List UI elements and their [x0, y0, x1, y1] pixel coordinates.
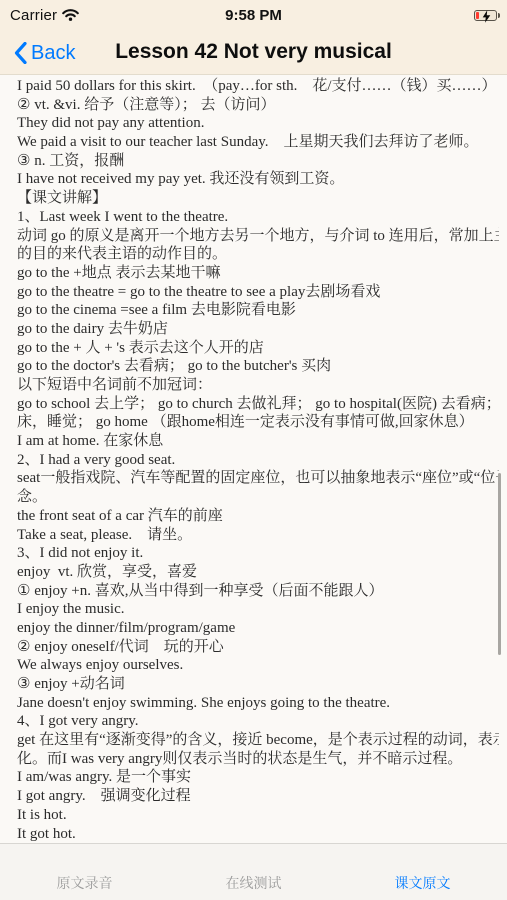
- lesson-text-line: ③ enjoy +动名词: [17, 675, 499, 694]
- lesson-text-line: We paid a visit to our teacher last Sund…: [17, 133, 499, 152]
- back-button-label: Back: [31, 42, 75, 65]
- lesson-text-line: 【课文讲解】: [17, 189, 499, 208]
- lesson-text-line: get 在这里有“逐渐变得”的含义，接近 become，是个表示过程的动词，表示…: [17, 731, 499, 750]
- lesson-text-line: go to the +地点 表示去某地干嘛: [17, 264, 499, 283]
- carrier-label: Carrier: [10, 7, 57, 24]
- lesson-text-line: I am at home. 在家休息: [17, 432, 499, 451]
- lesson-text-line: ② enjoy oneself/代词 玩的开心: [17, 638, 499, 657]
- lesson-text-line: 的目的来代表主语的动作目的。: [17, 245, 499, 264]
- back-chevron-icon: [14, 42, 27, 64]
- app-window: Carrier 9:58 PM: [0, 0, 507, 900]
- lesson-text-area[interactable]: I paid 50 dollars for this skirt. （pay…f…: [0, 76, 507, 843]
- charging-bolt-icon: [482, 10, 491, 28]
- scrollbar-thumb[interactable]: [498, 473, 501, 655]
- status-time: 9:58 PM: [225, 7, 282, 24]
- lesson-text-line: 念。: [17, 488, 499, 507]
- lesson-text-line: I got angry. 强调变化过程: [17, 787, 499, 806]
- lesson-text-line: 动词 go 的原义是离开一个地方去另一个地方，与介词 to 连用后，常加上主语所…: [17, 227, 499, 246]
- lesson-text-line: It is hot.: [17, 806, 499, 825]
- tab-original-audio[interactable]: 原文录音: [0, 844, 169, 900]
- lesson-text-line: 3、I did not enjoy it.: [17, 544, 499, 563]
- lesson-text-line: 2、I had a very good seat.: [17, 451, 499, 470]
- lesson-text-line: ① enjoy +n. 喜欢,从当中得到一种享受（后面不能跟人）: [17, 582, 499, 601]
- lesson-text-line: They did not pay any attention.: [17, 114, 499, 133]
- lesson-text-line: I am/was angry. 是一个事实: [17, 768, 499, 787]
- lesson-text-line: I paid 50 dollars for this skirt. （pay…f…: [17, 77, 499, 96]
- lesson-text-line: I enjoy the music.: [17, 600, 499, 619]
- lesson-text-line: ② vt. &vi. 给予（注意等）； 去（访问）: [17, 96, 499, 115]
- lesson-text-line: 化。而I was very angry则仅表示当时的状态是生气，并不暗示过程。: [17, 750, 499, 769]
- tab-lesson-text[interactable]: 课文原文: [338, 844, 507, 900]
- nav-bar: Back Lesson 42 Not very musical: [0, 30, 507, 75]
- lesson-text-line: go to the cinema =see a film 去电影院看电影: [17, 301, 499, 320]
- battery-icon: [474, 10, 497, 21]
- lesson-text-line: 以下短语中名词前不加冠词：: [17, 376, 499, 395]
- lesson-text-line: go to the doctor's 去看病； go to the butche…: [17, 357, 499, 376]
- back-button[interactable]: Back: [14, 38, 75, 68]
- lesson-text-line: seat一般指戏院、汽车等配置的固定座位，也可以抽象地表示“座位”或“位子”等概: [17, 469, 499, 488]
- lesson-text-line: 1、Last week I went to the theatre.: [17, 208, 499, 227]
- lesson-text-line: go to the theatre = go to the theatre to…: [17, 283, 499, 302]
- lesson-text-line: enjoy vt. 欣赏，享受，喜爱: [17, 563, 499, 582]
- tab-label: 在线测试: [226, 873, 282, 893]
- bottom-tab-bar: 原文录音 在线测试 课文原文: [0, 843, 507, 900]
- lesson-text-line: 4、I got very angry.: [17, 712, 499, 731]
- lesson-text-line: We always enjoy ourselves.: [17, 656, 499, 675]
- lesson-text-line: go to school 去上学； go to church 去做礼拜； go …: [17, 395, 499, 414]
- carrier-group: Carrier: [10, 7, 79, 24]
- lesson-text-line: ③ n. 工资，报酬: [17, 152, 499, 171]
- lesson-text-line: go to the + 人 + 's 表示去这个人开的店: [17, 339, 499, 358]
- lesson-text-line: Jane doesn't enjoy swimming. She enjoys …: [17, 694, 499, 713]
- lesson-text-line: I have not received my pay yet. 我还没有领到工资…: [17, 170, 499, 189]
- tab-label: 课文原文: [395, 873, 451, 893]
- lesson-text-line: go to the dairy 去牛奶店: [17, 320, 499, 339]
- page-title: Lesson 42 Not very musical: [115, 40, 392, 64]
- lesson-text-line: enjoy the dinner/film/program/game: [17, 619, 499, 638]
- status-bar: Carrier 9:58 PM: [0, 0, 507, 30]
- wifi-icon: [62, 9, 79, 21]
- lesson-text-line: the front seat of a car 汽车的前座: [17, 507, 499, 526]
- tab-online-test[interactable]: 在线测试: [169, 844, 338, 900]
- lesson-text-line: Take a seat, please. 请坐。: [17, 526, 499, 545]
- battery-level-fill: [476, 12, 479, 19]
- lesson-text-line: It got hot.: [17, 825, 499, 844]
- lesson-text-line: 床，睡觉； go home （跟home相连一定表示没有事情可做,回家休息）: [17, 413, 499, 432]
- tab-label: 原文录音: [57, 873, 113, 893]
